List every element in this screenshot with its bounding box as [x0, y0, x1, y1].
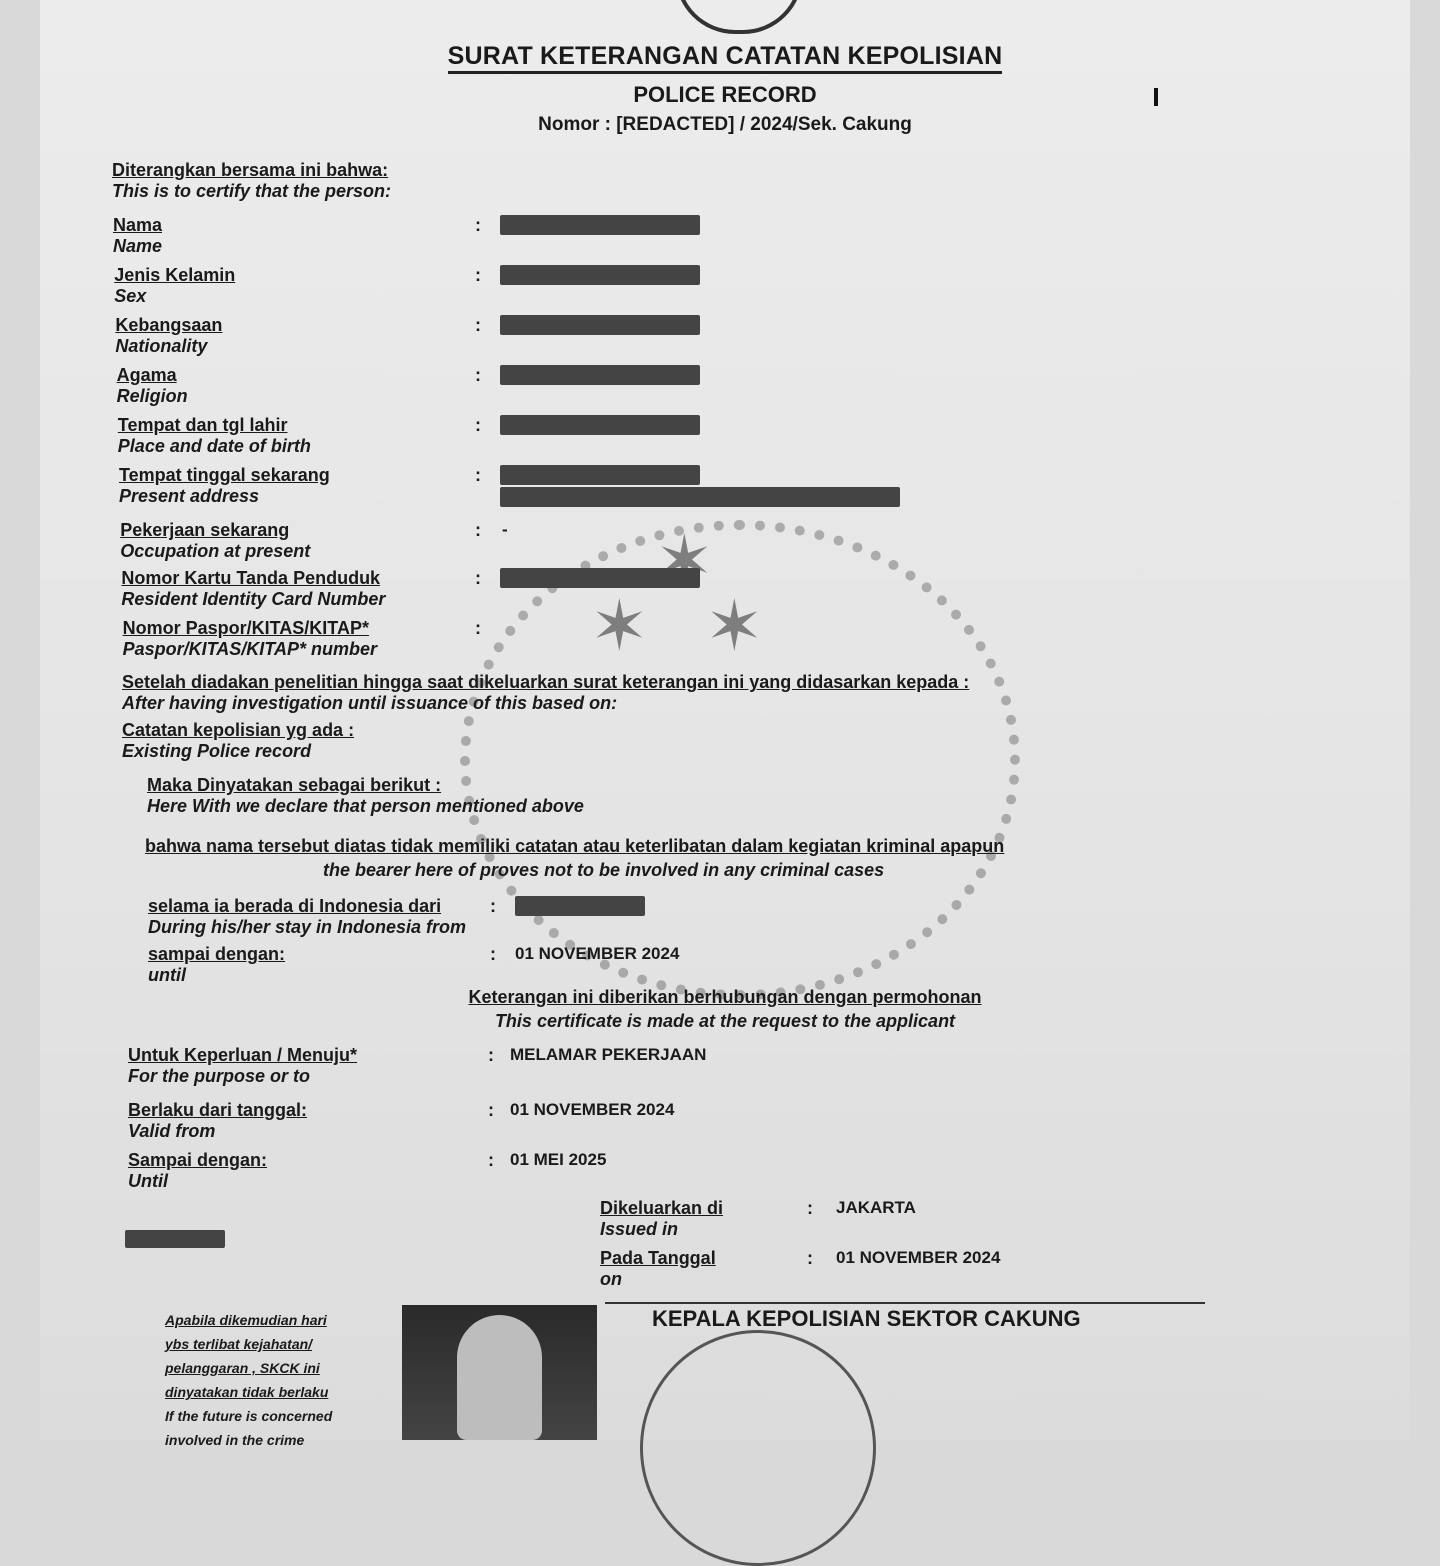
colon: :: [475, 568, 481, 589]
colon: :: [488, 1100, 494, 1121]
colon: :: [490, 896, 496, 917]
issued-value: 01 NOVEMBER 2024: [836, 1248, 1000, 1268]
purpose-value: 01 NOVEMBER 2024: [510, 1100, 674, 1120]
field-value: [500, 415, 700, 435]
request-id: Keterangan ini diberikan berhubungan den…: [40, 987, 1410, 1008]
colon: :: [475, 520, 481, 541]
note-line: Apabila dikemudian hari: [165, 1312, 327, 1328]
field-value: [500, 315, 700, 335]
colon: :: [488, 1150, 494, 1171]
purpose-value: MELAMAR PEKERJAAN: [510, 1045, 706, 1065]
stay-from-value: [515, 896, 645, 916]
purpose-label: Untuk Keperluan / Menuju*For the purpose…: [128, 1045, 357, 1087]
photo-redacted: [457, 1315, 542, 1440]
purpose-label: Berlaku dari tanggal:Valid from: [128, 1100, 307, 1142]
validity-note: Apabila dikemudian hariybs terlibat keja…: [165, 1308, 355, 1440]
star-icon: ✶: [705, 585, 764, 667]
official-seal-icon: [640, 1330, 876, 1440]
field-label: Tempat dan tgl lahirPlace and date of bi…: [118, 415, 311, 457]
issued-value: JAKARTA: [836, 1198, 916, 1218]
star-icon: ✶: [590, 585, 649, 667]
colon: :: [475, 465, 481, 486]
document-page: SURAT KETERANGAN CATATAN KEPOLISIAN POLI…: [40, 0, 1410, 1440]
note-line: ybs terlibat kejahatan/: [165, 1336, 312, 1352]
colon: :: [475, 415, 481, 436]
serial-number: [125, 1230, 225, 1253]
field-label: Nomor Paspor/KITAS/KITAP*Paspor/KITAS/KI…: [123, 618, 377, 660]
declare-label: Maka Dinyatakan sebagai berikut :Here Wi…: [147, 775, 584, 817]
chief-title: KEPALA KEPOLISIAN SEKTOR CAKUNG: [652, 1306, 1081, 1332]
colon: :: [475, 315, 481, 336]
field-value: [500, 487, 900, 507]
field-value: [500, 215, 700, 235]
police-emblem-icon: [675, 0, 803, 34]
colon: :: [475, 365, 481, 386]
investigation-label: Setelah diadakan penelitian hingga saat …: [122, 672, 969, 714]
purpose-value: 01 MEI 2025: [510, 1150, 606, 1170]
field-value: [500, 465, 700, 485]
field-label: NamaName: [113, 215, 162, 257]
stay-until-value: 01 NOVEMBER 2024: [515, 944, 679, 964]
document-subtitle: POLICE RECORD: [40, 82, 1410, 108]
colon: :: [475, 215, 481, 236]
colon: :: [475, 618, 481, 639]
field-value: [500, 365, 700, 385]
note-line: dinyatakan tidak berlaku: [165, 1384, 328, 1400]
field-label: Jenis KelaminSex: [114, 265, 235, 307]
field-label: KebangsaanNationality: [115, 315, 222, 357]
colon: :: [490, 944, 496, 965]
note-line: pelanggaran , SKCK ini: [165, 1360, 320, 1376]
colon: :: [807, 1198, 813, 1219]
existing-record-label: Catatan kepolisian yg ada :Existing Poli…: [122, 720, 354, 762]
request-en: This certificate is made at the request …: [40, 1011, 1410, 1032]
document-number: Nomor : [REDACTED] / 2024/Sek. Cakung: [40, 114, 1410, 136]
stay-from-label: selama ia berada di Indonesia dariDuring…: [148, 896, 466, 938]
colon: :: [488, 1045, 494, 1066]
field-label: AgamaReligion: [117, 365, 188, 407]
field-value: [500, 568, 700, 588]
colon: :: [475, 265, 481, 286]
field-label: Pekerjaan sekarangOccupation at present: [120, 520, 310, 562]
statement-en: the bearer here of proves not to be invo…: [323, 860, 884, 881]
intro-label: Diterangkan bersama ini bahwa:This is to…: [112, 160, 391, 202]
colon: :: [807, 1248, 813, 1269]
signature-line: [605, 1302, 1205, 1304]
issued-label: Dikeluarkan diIssued in: [600, 1198, 723, 1240]
issued-label: Pada Tanggalon: [600, 1248, 716, 1290]
note-line: involved in the crime: [165, 1432, 304, 1440]
field-label: Nomor Kartu Tanda PendudukResident Ident…: [121, 568, 385, 610]
note-line: If the future is concerned: [165, 1408, 332, 1424]
field-value: -: [502, 520, 508, 540]
statement-id: bahwa nama tersebut diatas tidak memilik…: [145, 836, 1004, 857]
stay-until-label: sampai dengan:until: [148, 944, 285, 986]
field-value: [500, 265, 700, 285]
applicant-photo: [402, 1305, 597, 1440]
purpose-label: Sampai dengan:Until: [128, 1150, 267, 1192]
document-title: SURAT KETERANGAN CATATAN KEPOLISIAN: [40, 42, 1410, 71]
field-label: Tempat tinggal sekarangPresent address: [119, 465, 330, 507]
